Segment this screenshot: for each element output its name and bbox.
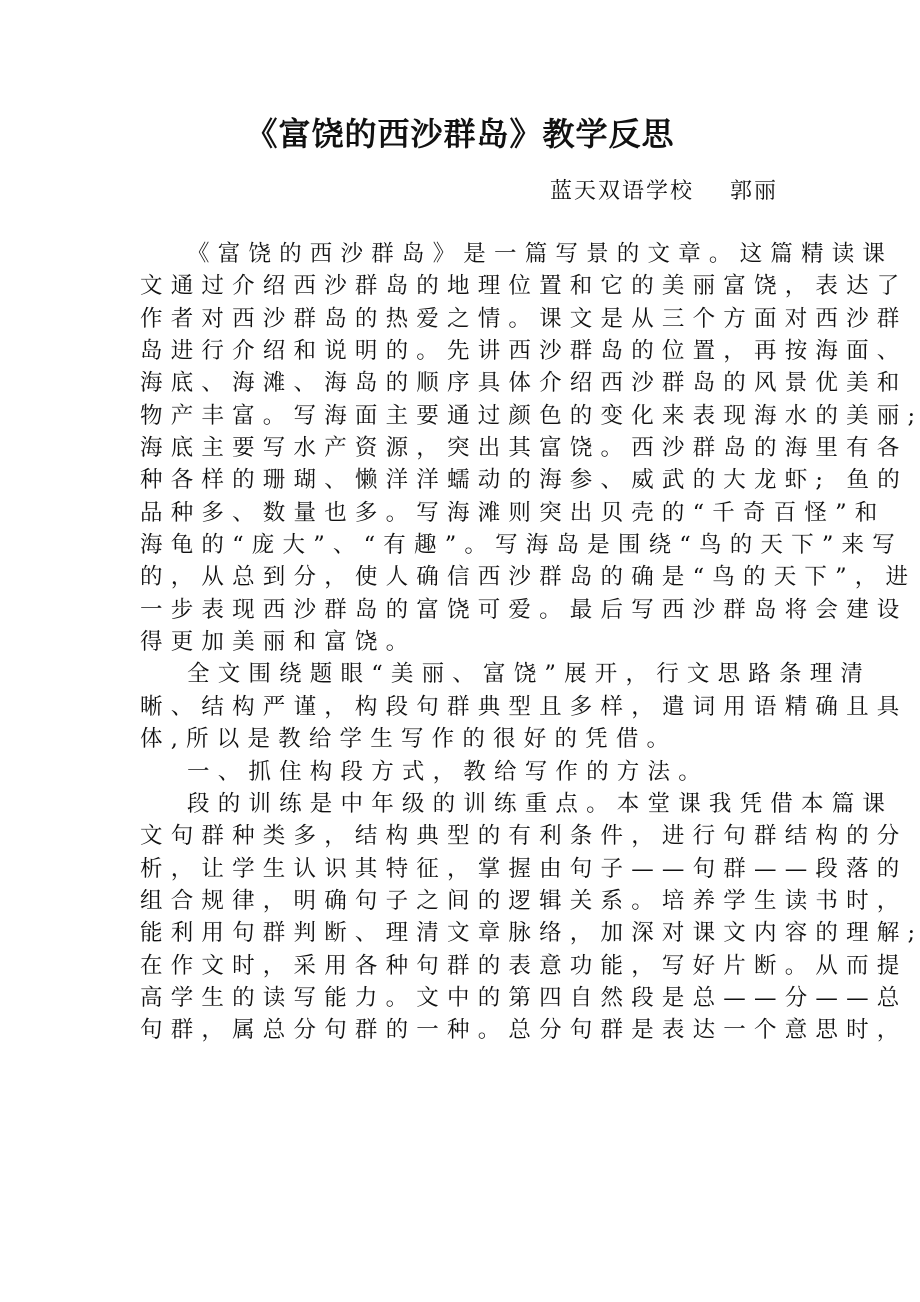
document-title: 《富饶的西沙群岛》教学反思 — [0, 112, 920, 156]
text-line: 的，从总到分，使人确信西沙群岛的确是“鸟的天下”，进 — [140, 561, 772, 593]
text-line: 晰、结构严谨，构段句群典型且多样，遣词用语精确且具 — [140, 691, 772, 723]
text-line: 得更加美丽和富饶。 — [140, 626, 772, 658]
text-line: 析，让学生认识其特征，掌握由句子——句群——段落的 — [140, 853, 772, 885]
text-line: 高学生的读写能力。文中的第四自然段是总——分——总 — [140, 982, 772, 1014]
text-line: 海底、海滩、海岛的顺序具体介绍西沙群岛的风景优美和 — [140, 367, 772, 399]
document-body: 《富饶的西沙群岛》是一篇写景的文章。这篇精读课文通过介绍西沙群岛的地理位置和它的… — [140, 238, 772, 1047]
text-line: 文句群种类多，结构典型的有利条件，进行句群结构的分 — [140, 820, 772, 852]
text-line: 一步表现西沙群岛的富饶可爱。最后写西沙群岛将会建设 — [140, 594, 772, 626]
text-line: 在作文时，采用各种句群的表意功能，写好片断。从而提 — [140, 950, 772, 982]
text-line: 能利用句群判断、理清文章脉络，加深对课文内容的理解; — [140, 917, 772, 949]
document-page: 《富饶的西沙群岛》教学反思 蓝天双语学校 郭丽 《富饶的西沙群岛》是一篇写景的文… — [0, 0, 920, 1302]
text-line: 岛进行介绍和说明的。先讲西沙群岛的位置，再按海面、 — [140, 335, 772, 367]
text-line: 段的训练是中年级的训练重点。本堂课我凭借本篇课 — [140, 788, 772, 820]
text-line: 品种多、数量也多。写海滩则突出贝壳的“千奇百怪”和 — [140, 497, 772, 529]
text-line: 文通过介绍西沙群岛的地理位置和它的美丽富饶，表达了 — [140, 270, 772, 302]
text-line: 《富饶的西沙群岛》是一篇写景的文章。这篇精读课 — [140, 238, 772, 270]
text-line: 全文围绕题眼“美丽、富饶”展开，行文思路条理清 — [140, 658, 772, 690]
text-line: 句群，属总分句群的一种。总分句群是表达一个意思时， — [140, 1014, 772, 1046]
text-line: 体,所以是教给学生写作的很好的凭借。 — [140, 723, 772, 755]
text-line: 作者对西沙群岛的热爱之情。课文是从三个方面对西沙群 — [140, 303, 772, 335]
text-line: 组合规律，明确句子之间的逻辑关系。培养学生读书时， — [140, 885, 772, 917]
text-line: 物产丰富。写海面主要通过颜色的变化来表现海水的美丽; — [140, 400, 772, 432]
text-line: 种各样的珊瑚、懒洋洋蠕动的海参、威武的大龙虾; 鱼的 — [140, 464, 772, 496]
text-line: 海底主要写水产资源，突出其富饶。西沙群岛的海里有各 — [140, 432, 772, 464]
text-line: 海龟的“庞大”、“有趣”。写海岛是围绕“鸟的天下”来写 — [140, 529, 772, 561]
text-line: 一、抓住构段方式，教给写作的方法。 — [140, 756, 772, 788]
author-byline: 蓝天双语学校 郭丽 — [550, 176, 778, 208]
